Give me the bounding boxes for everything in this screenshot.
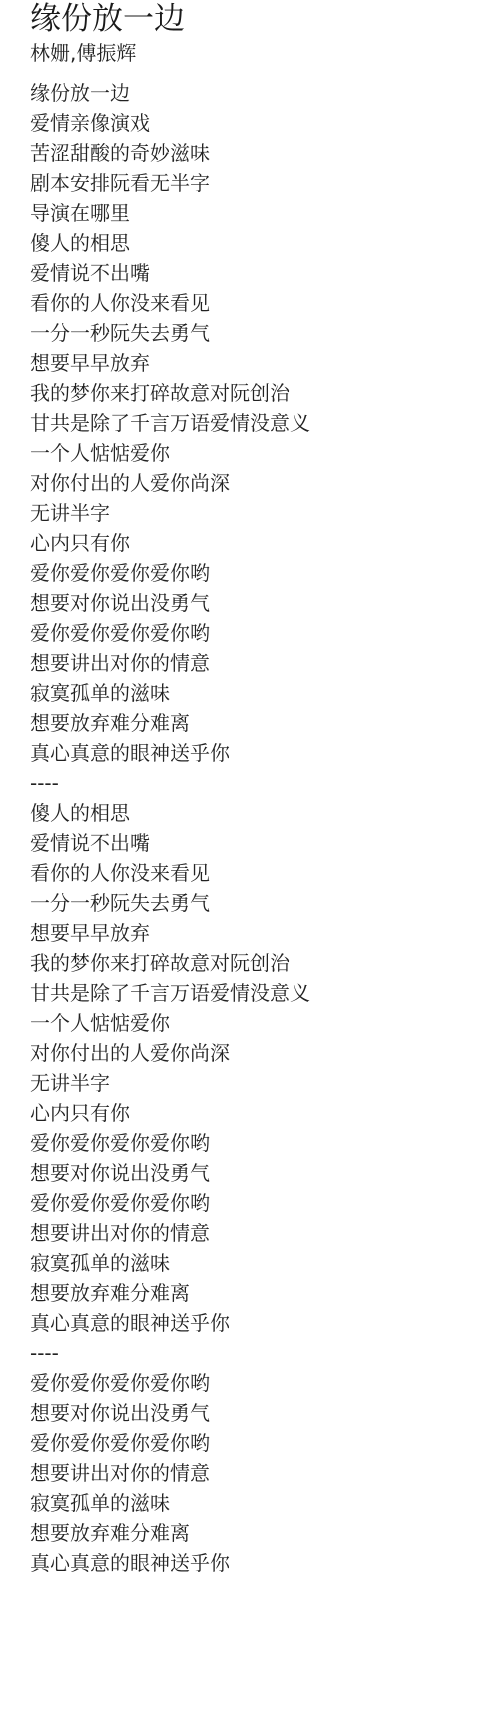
lyric-line: 想要放弃难分难离 — [30, 1518, 310, 1548]
lyric-line: 真心真意的眼神送乎你 — [30, 738, 310, 768]
section-separator: ---- — [30, 1338, 310, 1368]
lyric-line: 傻人的相思 — [30, 228, 310, 258]
lyric-line: 想要对你说出没勇气 — [30, 588, 310, 618]
lyric-line: 心内只有你 — [30, 528, 310, 558]
lyric-line: 一分一秒阮失去勇气 — [30, 888, 310, 918]
song-artist: 林姗,傅振辉 — [30, 39, 136, 67]
lyric-line: 剧本安排阮看无半字 — [30, 168, 310, 198]
lyric-line: 甘共是除了千言万语爱情没意义 — [30, 978, 310, 1008]
lyric-line: 无讲半字 — [30, 498, 310, 528]
lyric-line: 想要早早放弃 — [30, 348, 310, 378]
lyric-line: 甘共是除了千言万语爱情没意义 — [30, 408, 310, 438]
lyric-line: 一个人惦惦爱你 — [30, 1008, 310, 1038]
lyric-line: 对你付出的人爱你尚深 — [30, 468, 310, 498]
lyric-line: 傻人的相思 — [30, 798, 310, 828]
lyric-line: 我的梦你来打碎故意对阮创治 — [30, 378, 310, 408]
lyric-line: 爱情说不出嘴 — [30, 828, 310, 858]
lyric-line: 想要对你说出没勇气 — [30, 1158, 310, 1188]
lyric-line: 导演在哪里 — [30, 198, 310, 228]
lyric-line: 无讲半字 — [30, 1068, 310, 1098]
lyric-line: 看你的人你没来看见 — [30, 288, 310, 318]
lyric-line: 爱情说不出嘴 — [30, 258, 310, 288]
lyric-line: 一分一秒阮失去勇气 — [30, 318, 310, 348]
lyric-line: 想要放弃难分难离 — [30, 1278, 310, 1308]
lyric-line: 寂寞孤单的滋味 — [30, 678, 310, 708]
lyric-line: 心内只有你 — [30, 1098, 310, 1128]
lyric-line: 缘份放一边 — [30, 78, 310, 108]
lyric-line: 想要早早放弃 — [30, 918, 310, 948]
song-title: 缘份放一边 — [30, 0, 185, 38]
lyric-line: 爱情亲像演戏 — [30, 108, 310, 138]
lyric-line: 想要对你说出没勇气 — [30, 1398, 310, 1428]
lyric-line: 看你的人你没来看见 — [30, 858, 310, 888]
lyric-line: 爱你爱你爱你爱你哟 — [30, 1128, 310, 1158]
lyric-line: 苦涩甜酸的奇妙滋味 — [30, 138, 310, 168]
lyric-line: 想要讲出对你的情意 — [30, 648, 310, 678]
lyric-line: 想要讲出对你的情意 — [30, 1218, 310, 1248]
lyric-line: 寂寞孤单的滋味 — [30, 1248, 310, 1278]
lyric-line: 想要放弃难分难离 — [30, 708, 310, 738]
lyric-line: 爱你爱你爱你爱你哟 — [30, 618, 310, 648]
lyric-line: 真心真意的眼神送乎你 — [30, 1548, 310, 1578]
lyric-line: 我的梦你来打碎故意对阮创治 — [30, 948, 310, 978]
lyric-line: 想要讲出对你的情意 — [30, 1458, 310, 1488]
lyric-line: 真心真意的眼神送乎你 — [30, 1308, 310, 1338]
lyric-line: 爱你爱你爱你爱你哟 — [30, 1368, 310, 1398]
lyrics-list: 缘份放一边爱情亲像演戏苦涩甜酸的奇妙滋味剧本安排阮看无半字导演在哪里傻人的相思爱… — [30, 78, 310, 1578]
lyric-line: 一个人惦惦爱你 — [30, 438, 310, 468]
lyric-line: 爱你爱你爱你爱你哟 — [30, 558, 310, 588]
lyric-line: 对你付出的人爱你尚深 — [30, 1038, 310, 1068]
lyric-line: 爱你爱你爱你爱你哟 — [30, 1188, 310, 1218]
lyric-line: 寂寞孤单的滋味 — [30, 1488, 310, 1518]
lyric-line: 爱你爱你爱你爱你哟 — [30, 1428, 310, 1458]
section-separator: ---- — [30, 768, 310, 798]
